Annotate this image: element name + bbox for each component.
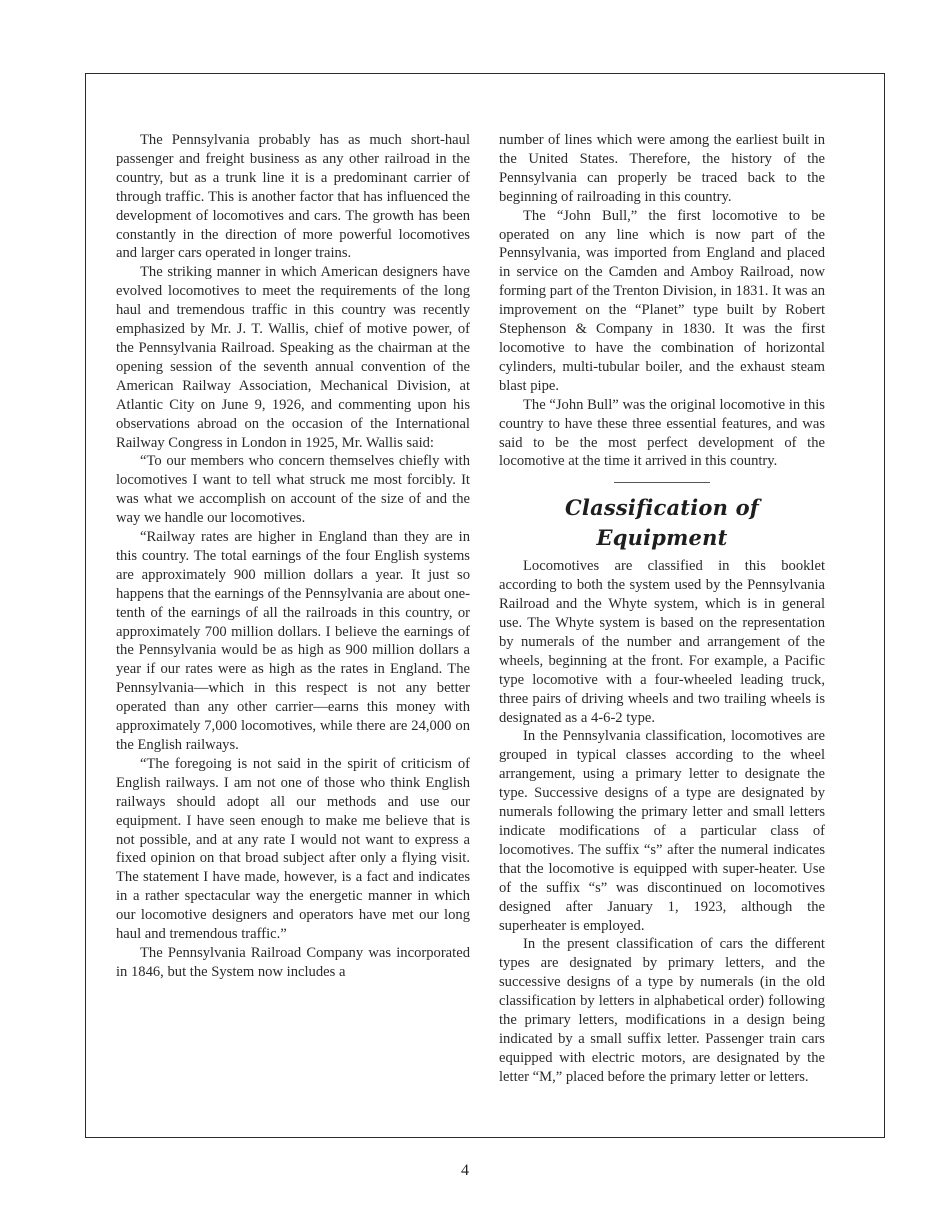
paragraph-quote-foregoing: “The foregoing is not said in the spirit… — [116, 755, 470, 944]
paragraph-continuation: number of lines which were among the ear… — [499, 131, 825, 207]
page-number: 4 — [0, 1162, 930, 1180]
paragraph-john-bull: The “John Bull,” the first locomotive to… — [499, 207, 825, 396]
paragraph-quote-locomotives: “To our members who concern themselves c… — [116, 452, 470, 528]
paragraph-quote-rates: “Railway rates are higher in England tha… — [116, 528, 470, 755]
left-column: The Pennsylvania probably has as much sh… — [116, 131, 470, 982]
right-column: number of lines which were among the ear… — [499, 131, 825, 1087]
paragraph-john-bull-features: The “John Bull” was the original locomot… — [499, 396, 825, 472]
paragraph-whyte-system: Locomotives are classified in this bookl… — [499, 557, 825, 727]
section-heading: Classification of Equipment — [499, 493, 825, 553]
paragraph-wallis-intro: The striking manner in which American de… — [116, 263, 470, 452]
paragraph-car-classification: In the present classification of cars th… — [499, 935, 825, 1086]
paragraph-pennsylvania-classification: In the Pennsylvania classification, loco… — [499, 727, 825, 935]
section-divider — [614, 482, 710, 483]
paragraph-incorporation: The Pennsylvania Railroad Company was in… — [116, 944, 470, 982]
paragraph-traffic: The Pennsylvania probably has as much sh… — [116, 131, 470, 263]
